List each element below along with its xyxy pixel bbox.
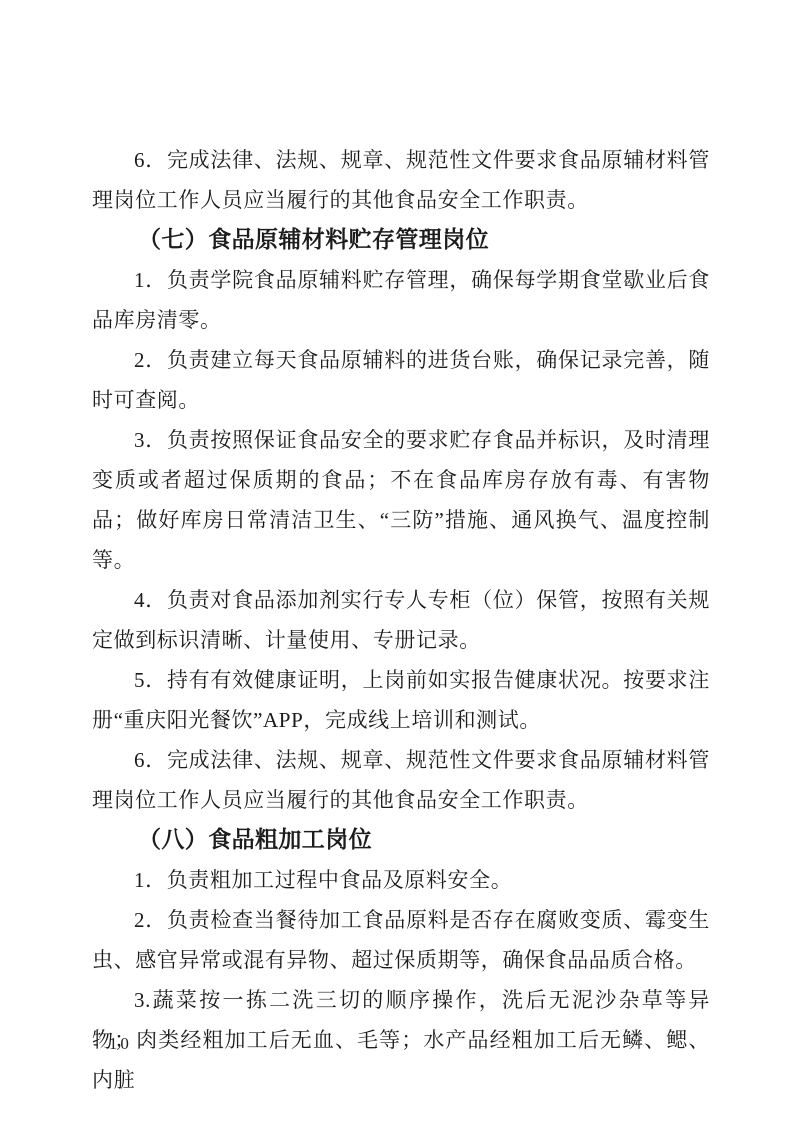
section-heading: （七）食品原辅材料贮存管理岗位 (92, 220, 710, 260)
paragraph: 3.蔬菜按一拣二洗三切的顺序操作，洗后无泥沙杂草等异物；肉类经粗加工后无血、毛等… (92, 980, 710, 1100)
paragraph: 2．负责建立每天食品原辅料的进货台账，确保记录完善，随时可查阅。 (92, 340, 710, 420)
paragraph: 6．完成法律、法规、规章、规范性文件要求食品原辅材料管理岗位工作人员应当履行的其… (92, 740, 710, 820)
document-page: 6．完成法律、法规、规章、规范性文件要求食品原辅材料管理岗位工作人员应当履行的其… (0, 0, 800, 1132)
paragraph: 5．持有有效健康证明，上岗前如实报告健康状况。按要求注册“重庆阳光餐饮”APP，… (92, 660, 710, 740)
paragraph: 1．负责粗加工过程中食品及原料安全。 (92, 860, 710, 900)
document-body: 6．完成法律、法规、规章、规范性文件要求食品原辅材料管理岗位工作人员应当履行的其… (92, 140, 710, 1100)
section-heading: （八）食品粗加工岗位 (92, 820, 710, 860)
paragraph: 6．完成法律、法规、规章、规范性文件要求食品原辅材料管理岗位工作人员应当履行的其… (92, 140, 710, 220)
paragraph: 3．负责按照保证食品安全的要求贮存食品并标识，及时清理变质或者超过保质期的食品；… (92, 420, 710, 580)
paragraph: 2．负责检查当餐待加工食品原料是否存在腐败变质、霉变生虫、感官异常或混有异物、超… (92, 900, 710, 980)
paragraph: 1．负责学院食品原辅料贮存管理，确保每学期食堂歇业后食品库房清零。 (92, 260, 710, 340)
paragraph: 4．负责对食品添加剂实行专人专柜（位）保管，按照有关规定做到标识清晰、计量使用、… (92, 580, 710, 660)
page-number: - 10 - (93, 1034, 148, 1054)
